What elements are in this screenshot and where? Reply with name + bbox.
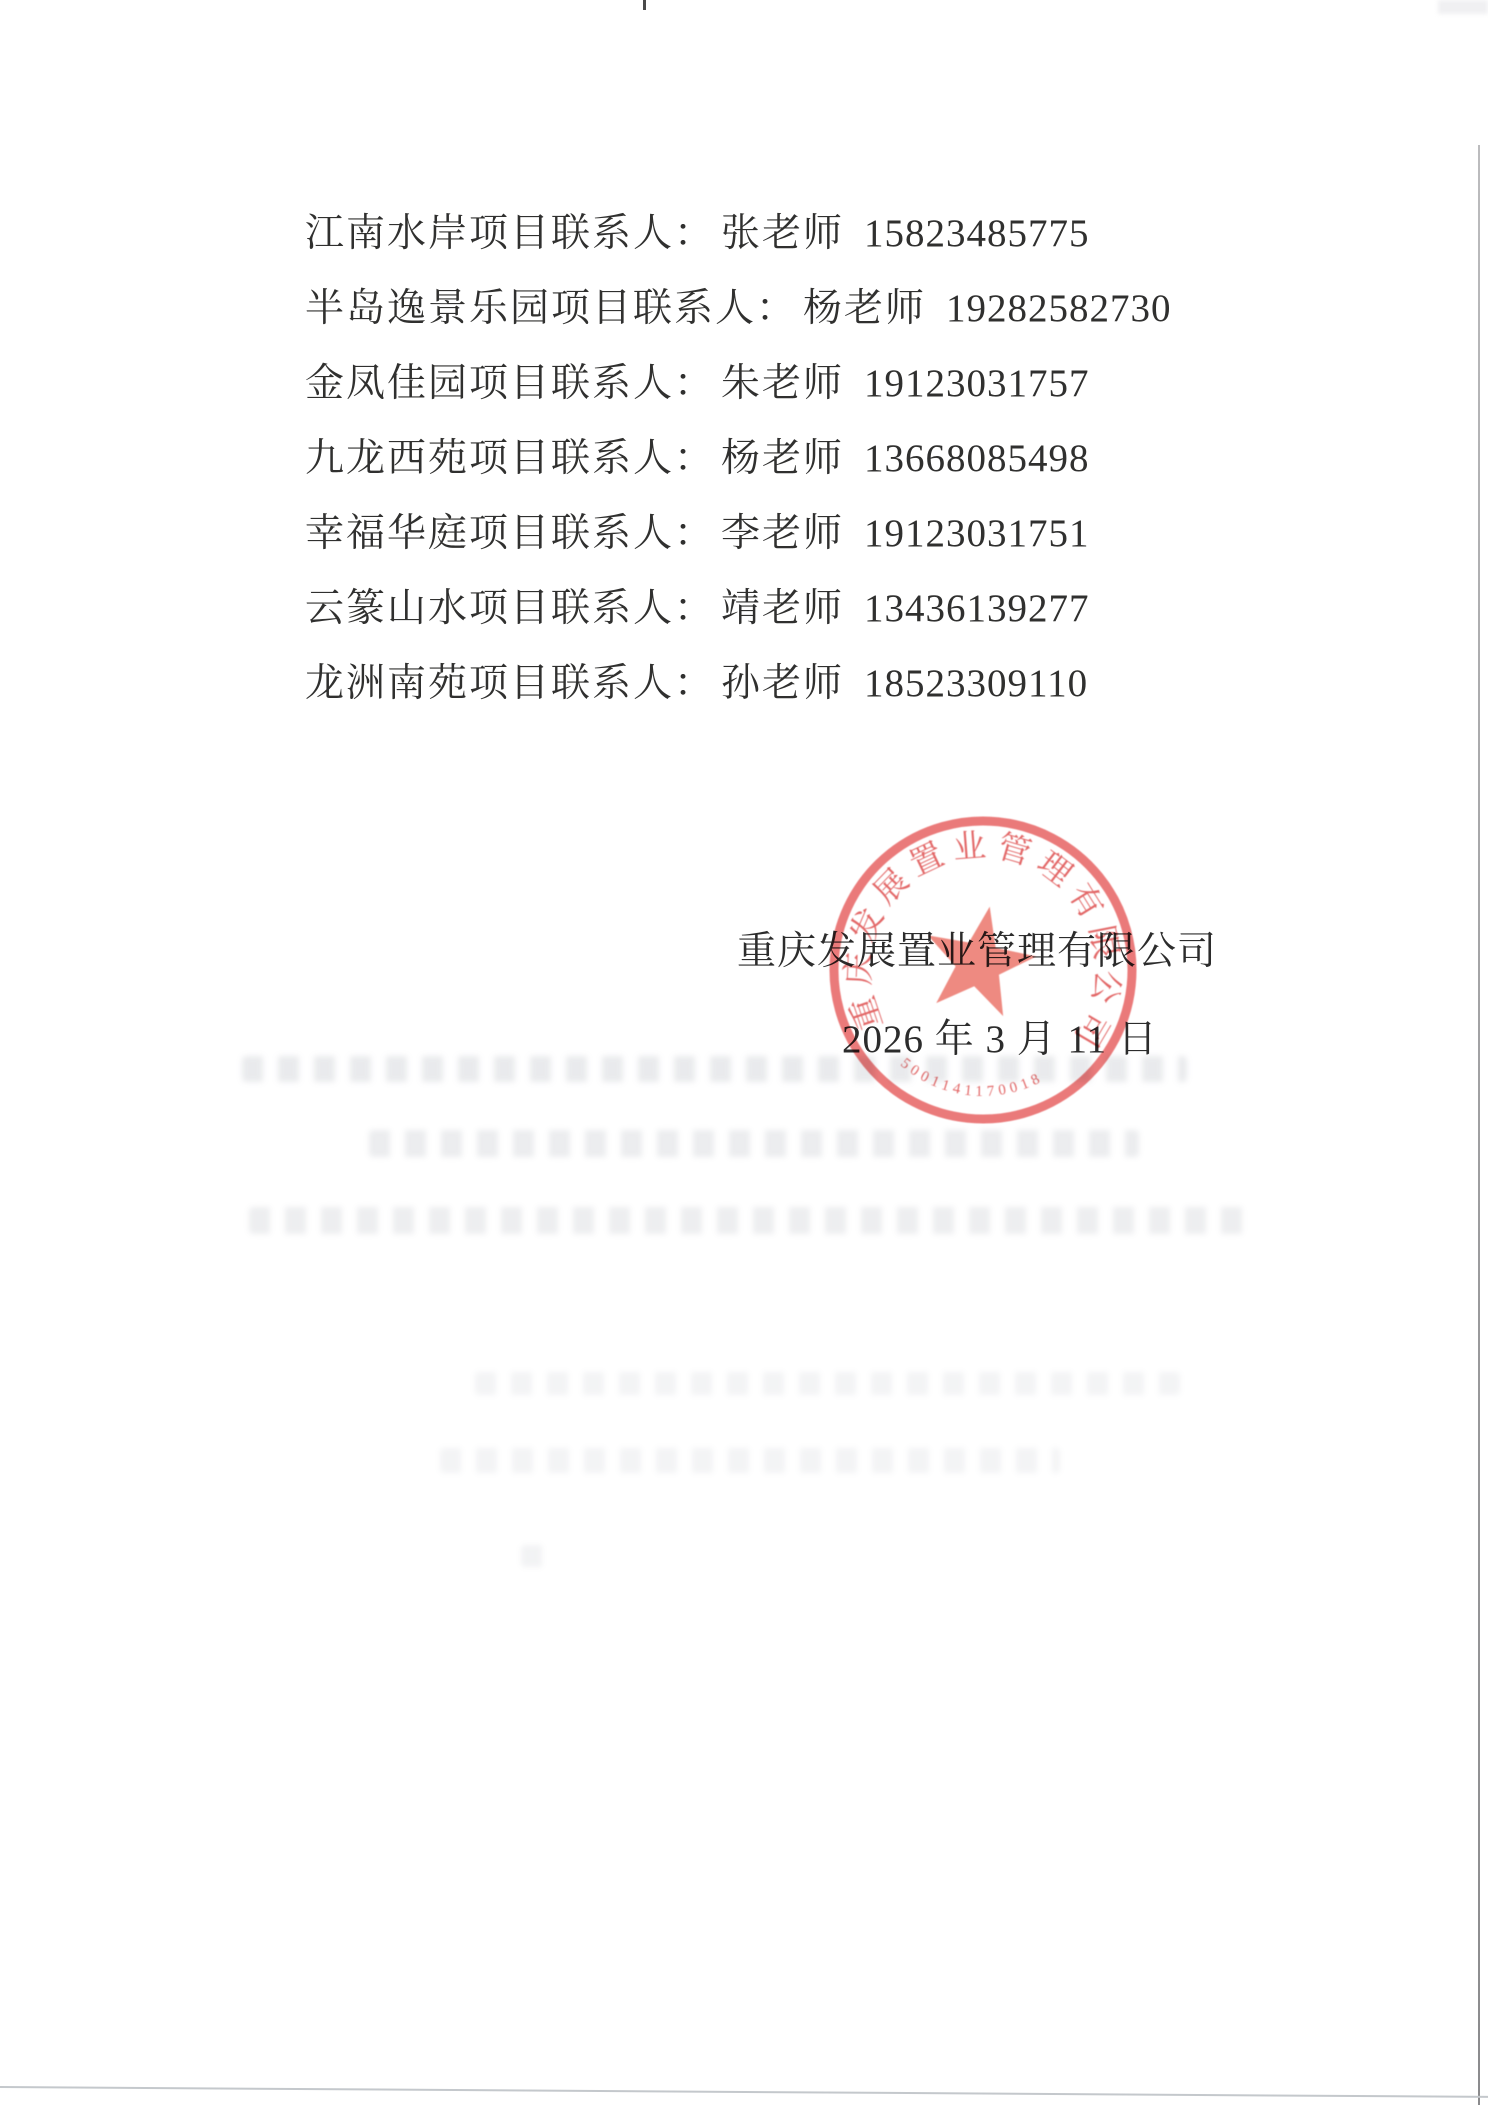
contact-person: 杨老师 xyxy=(721,437,844,480)
contact-line: 云篆山水项目联系人：靖老师13436139277 xyxy=(305,571,1172,646)
project-contact-label: 金凤佳园项目联系人： xyxy=(305,362,715,405)
project-contact-label: 幸福华庭项目联系人： xyxy=(305,512,715,555)
scan-page-edge-bottom xyxy=(0,2086,1488,2098)
contact-phone: 19123031757 xyxy=(864,362,1090,405)
contact-person: 靖老师 xyxy=(721,587,844,630)
contact-line: 半岛逸景乐园项目联系人：杨老师19282582730 xyxy=(305,271,1172,346)
project-contact-label: 云篆山水项目联系人： xyxy=(305,587,715,630)
contact-phone: 19282582730 xyxy=(946,287,1172,330)
contact-phone: 13668085498 xyxy=(864,437,1090,480)
contact-line: 幸福华庭项目联系人：李老师19123031751 xyxy=(305,496,1172,571)
contact-line: 九龙西苑项目联系人：杨老师13668085498 xyxy=(305,421,1172,496)
contact-person: 孙老师 xyxy=(721,662,844,705)
company-seal: 重庆发展置业管理有限公司 5001141170018 xyxy=(818,805,1148,1135)
scan-mark-artifact xyxy=(643,0,646,10)
scanned-document-page: 江南水岸项目联系人：张老师15823485775 半岛逸景乐园项目联系人：杨老师… xyxy=(0,0,1488,2105)
contact-phone: 13436139277 xyxy=(864,587,1090,630)
project-contact-label: 半岛逸景乐园项目联系人： xyxy=(305,287,797,330)
contact-person: 杨老师 xyxy=(803,287,926,330)
bleed-through-artifact xyxy=(249,1207,1244,1234)
contact-line: 金凤佳园项目联系人：朱老师19123031757 xyxy=(305,346,1172,421)
project-contact-label: 江南水岸项目联系人： xyxy=(305,212,715,255)
bleed-through-artifact xyxy=(440,1448,1060,1473)
contact-phone: 19123031751 xyxy=(864,512,1090,555)
contact-phone: 18523309110 xyxy=(864,662,1088,705)
contact-list: 江南水岸项目联系人：张老师15823485775 半岛逸景乐园项目联系人：杨老师… xyxy=(305,196,1172,721)
contact-line: 龙洲南苑项目联系人：孙老师18523309110 xyxy=(305,646,1172,721)
contact-person: 朱老师 xyxy=(721,362,844,405)
project-contact-label: 龙洲南苑项目联系人： xyxy=(305,662,715,705)
contact-line: 江南水岸项目联系人：张老师15823485775 xyxy=(305,196,1172,271)
bleed-through-artifact xyxy=(475,1372,1180,1395)
project-contact-label: 九龙西苑项目联系人： xyxy=(305,437,715,480)
contact-person: 张老师 xyxy=(721,212,844,255)
scan-page-edge-right xyxy=(1478,145,1480,2105)
bleed-through-artifact xyxy=(521,1545,555,1567)
seal-star-icon xyxy=(916,896,1044,1020)
contact-phone: 15823485775 xyxy=(864,212,1090,255)
contact-person: 李老师 xyxy=(721,512,844,555)
scan-corner-shade xyxy=(1438,0,1488,14)
